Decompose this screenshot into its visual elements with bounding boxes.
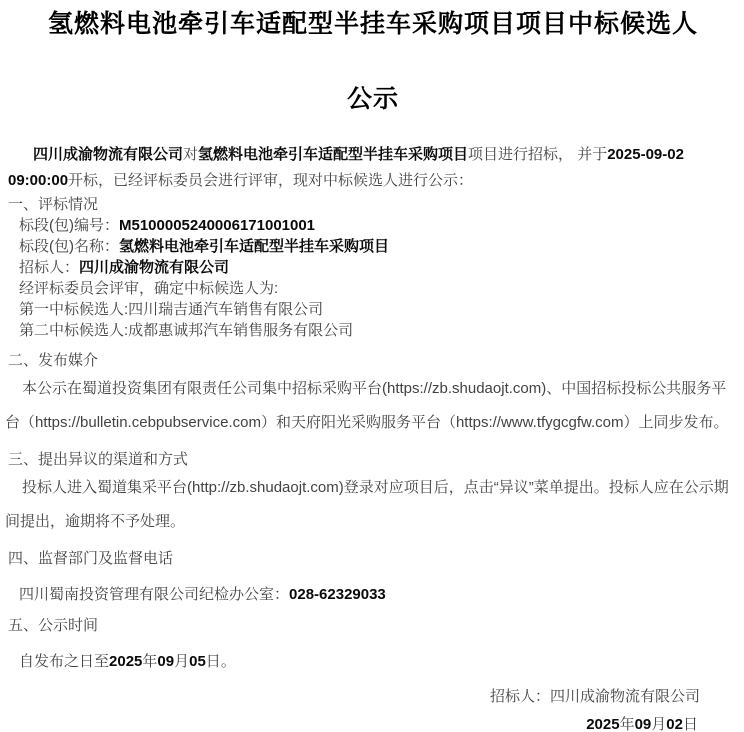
- signature-block: 招标人：四川成渝物流有限公司 2025年09月02日: [8, 686, 738, 732]
- candidate-row-2: 第二中标候选人:成都惠诚邦汽车销售服务有限公司: [8, 320, 738, 341]
- evaluation-note: 经评标委员会评审，确定中标候选人为:: [8, 278, 738, 299]
- candidate-1-name: 四川瑞吉通汽车销售有限公司: [128, 301, 323, 318]
- lot-number-row: 标段(包)编号：M5100005240006171001001: [8, 215, 738, 236]
- project-name: 氢燃料电池牵引车适配型半挂车采购项目: [198, 146, 468, 163]
- section-supervision: 四、监督部门及监督电话 四川蜀南投资管理有限公司纪检办公室：028-623290…: [8, 548, 738, 606]
- period-text: 日: [206, 653, 221, 670]
- date-text: 月: [651, 716, 666, 732]
- period-text: 年: [142, 653, 157, 670]
- lot-name-label: 标段(包)名称：: [19, 238, 119, 255]
- period-text: 。: [221, 653, 236, 670]
- date-month: 09: [635, 716, 652, 732]
- section-heading-supervision: 四、监督部门及监督电话: [8, 548, 738, 570]
- supervision-contact-row: 四川蜀南投资管理有限公司纪检办公室：028-62329033: [8, 584, 738, 606]
- page-title: 氢燃料电池牵引车适配型半挂车采购项目项目中标候选人: [8, 10, 738, 39]
- section-media: 二、发布媒介 本公示在蜀道投资集团有限责任公司集中招标采购平台(https://…: [8, 350, 738, 440]
- lot-name-row: 标段(包)名称：氢燃料电池牵引车适配型半挂车采购项目: [8, 236, 738, 257]
- candidate-1-label: 第一中标候选人:: [19, 301, 128, 318]
- signature-date-row: 2025年09月02日: [8, 714, 738, 732]
- period-text: 自发布之日至: [19, 653, 109, 670]
- period-text: 月: [174, 653, 189, 670]
- intro-text: 开标，已经评标委员会进行评审，现对中标候选人进行公示：: [68, 172, 473, 189]
- tenderer-name: 四川成渝物流有限公司: [33, 146, 183, 163]
- page-subtitle: 公示: [8, 85, 738, 114]
- section-heading-objection: 三、提出异议的渠道和方式: [8, 449, 738, 471]
- tenderer-row: 招标人：四川成渝物流有限公司: [8, 257, 738, 278]
- section-heading-publicity-period: 五、公示时间: [8, 615, 738, 637]
- supervision-office-label: 四川蜀南投资管理有限公司纪检办公室：: [19, 586, 289, 603]
- date-day: 02: [666, 716, 683, 732]
- media-paragraph: 本公示在蜀道投资集团有限责任公司集中招标采购平台(https://zb.shud…: [5, 372, 738, 440]
- supervision-phone: 028-62329033: [289, 586, 386, 603]
- signature-company: 四川成渝物流有限公司: [550, 688, 700, 705]
- section-heading-evaluation: 一、评标情况: [8, 194, 738, 215]
- section-publicity-period: 五、公示时间 自发布之日至2025年09月05日。: [8, 615, 738, 673]
- objection-paragraph: 投标人进入蜀道集采平台(http://zb.shudaojt.com)登录对应项…: [5, 471, 738, 539]
- tenderer-label: 招标人：: [19, 259, 79, 276]
- announcement-document: 氢燃料电池牵引车适配型半挂车采购项目项目中标候选人 公示 四川成渝物流有限公司对…: [0, 0, 744, 732]
- tenderer-value: 四川成渝物流有限公司: [79, 259, 229, 276]
- intro-paragraph: 四川成渝物流有限公司对氢燃料电池牵引车适配型半挂车采购项目项目进行招标， 并于2…: [8, 142, 738, 194]
- section-heading-media: 二、发布媒介: [8, 350, 738, 372]
- signature-tenderer-row: 招标人：四川成渝物流有限公司: [8, 686, 738, 708]
- section-evaluation: 一、评标情况 标段(包)编号：M5100005240006171001001 标…: [8, 194, 738, 341]
- lot-number-label: 标段(包)编号：: [19, 217, 119, 234]
- publicity-period-row: 自发布之日至2025年09月05日。: [8, 651, 738, 673]
- period-day: 05: [189, 653, 206, 670]
- period-month: 09: [157, 653, 174, 670]
- intro-text: 项目进行招标， 并于: [468, 146, 607, 163]
- date-text: 年: [620, 716, 635, 732]
- candidate-row-1: 第一中标候选人:四川瑞吉通汽车销售有限公司: [8, 299, 738, 320]
- lot-name-value: 氢燃料电池牵引车适配型半挂车采购项目: [119, 238, 389, 255]
- candidate-2-name: 成都惠诚邦汽车销售服务有限公司: [128, 322, 353, 339]
- lot-number-value: M5100005240006171001001: [119, 217, 315, 234]
- section-objection: 三、提出异议的渠道和方式 投标人进入蜀道集采平台(http://zb.shuda…: [8, 449, 738, 539]
- date-text: 日: [683, 716, 698, 732]
- candidate-2-label: 第二中标候选人:: [19, 322, 128, 339]
- period-year: 2025: [109, 653, 142, 670]
- signature-label: 招标人：: [490, 688, 550, 705]
- date-year: 2025: [586, 716, 619, 732]
- intro-text: 对: [183, 146, 198, 163]
